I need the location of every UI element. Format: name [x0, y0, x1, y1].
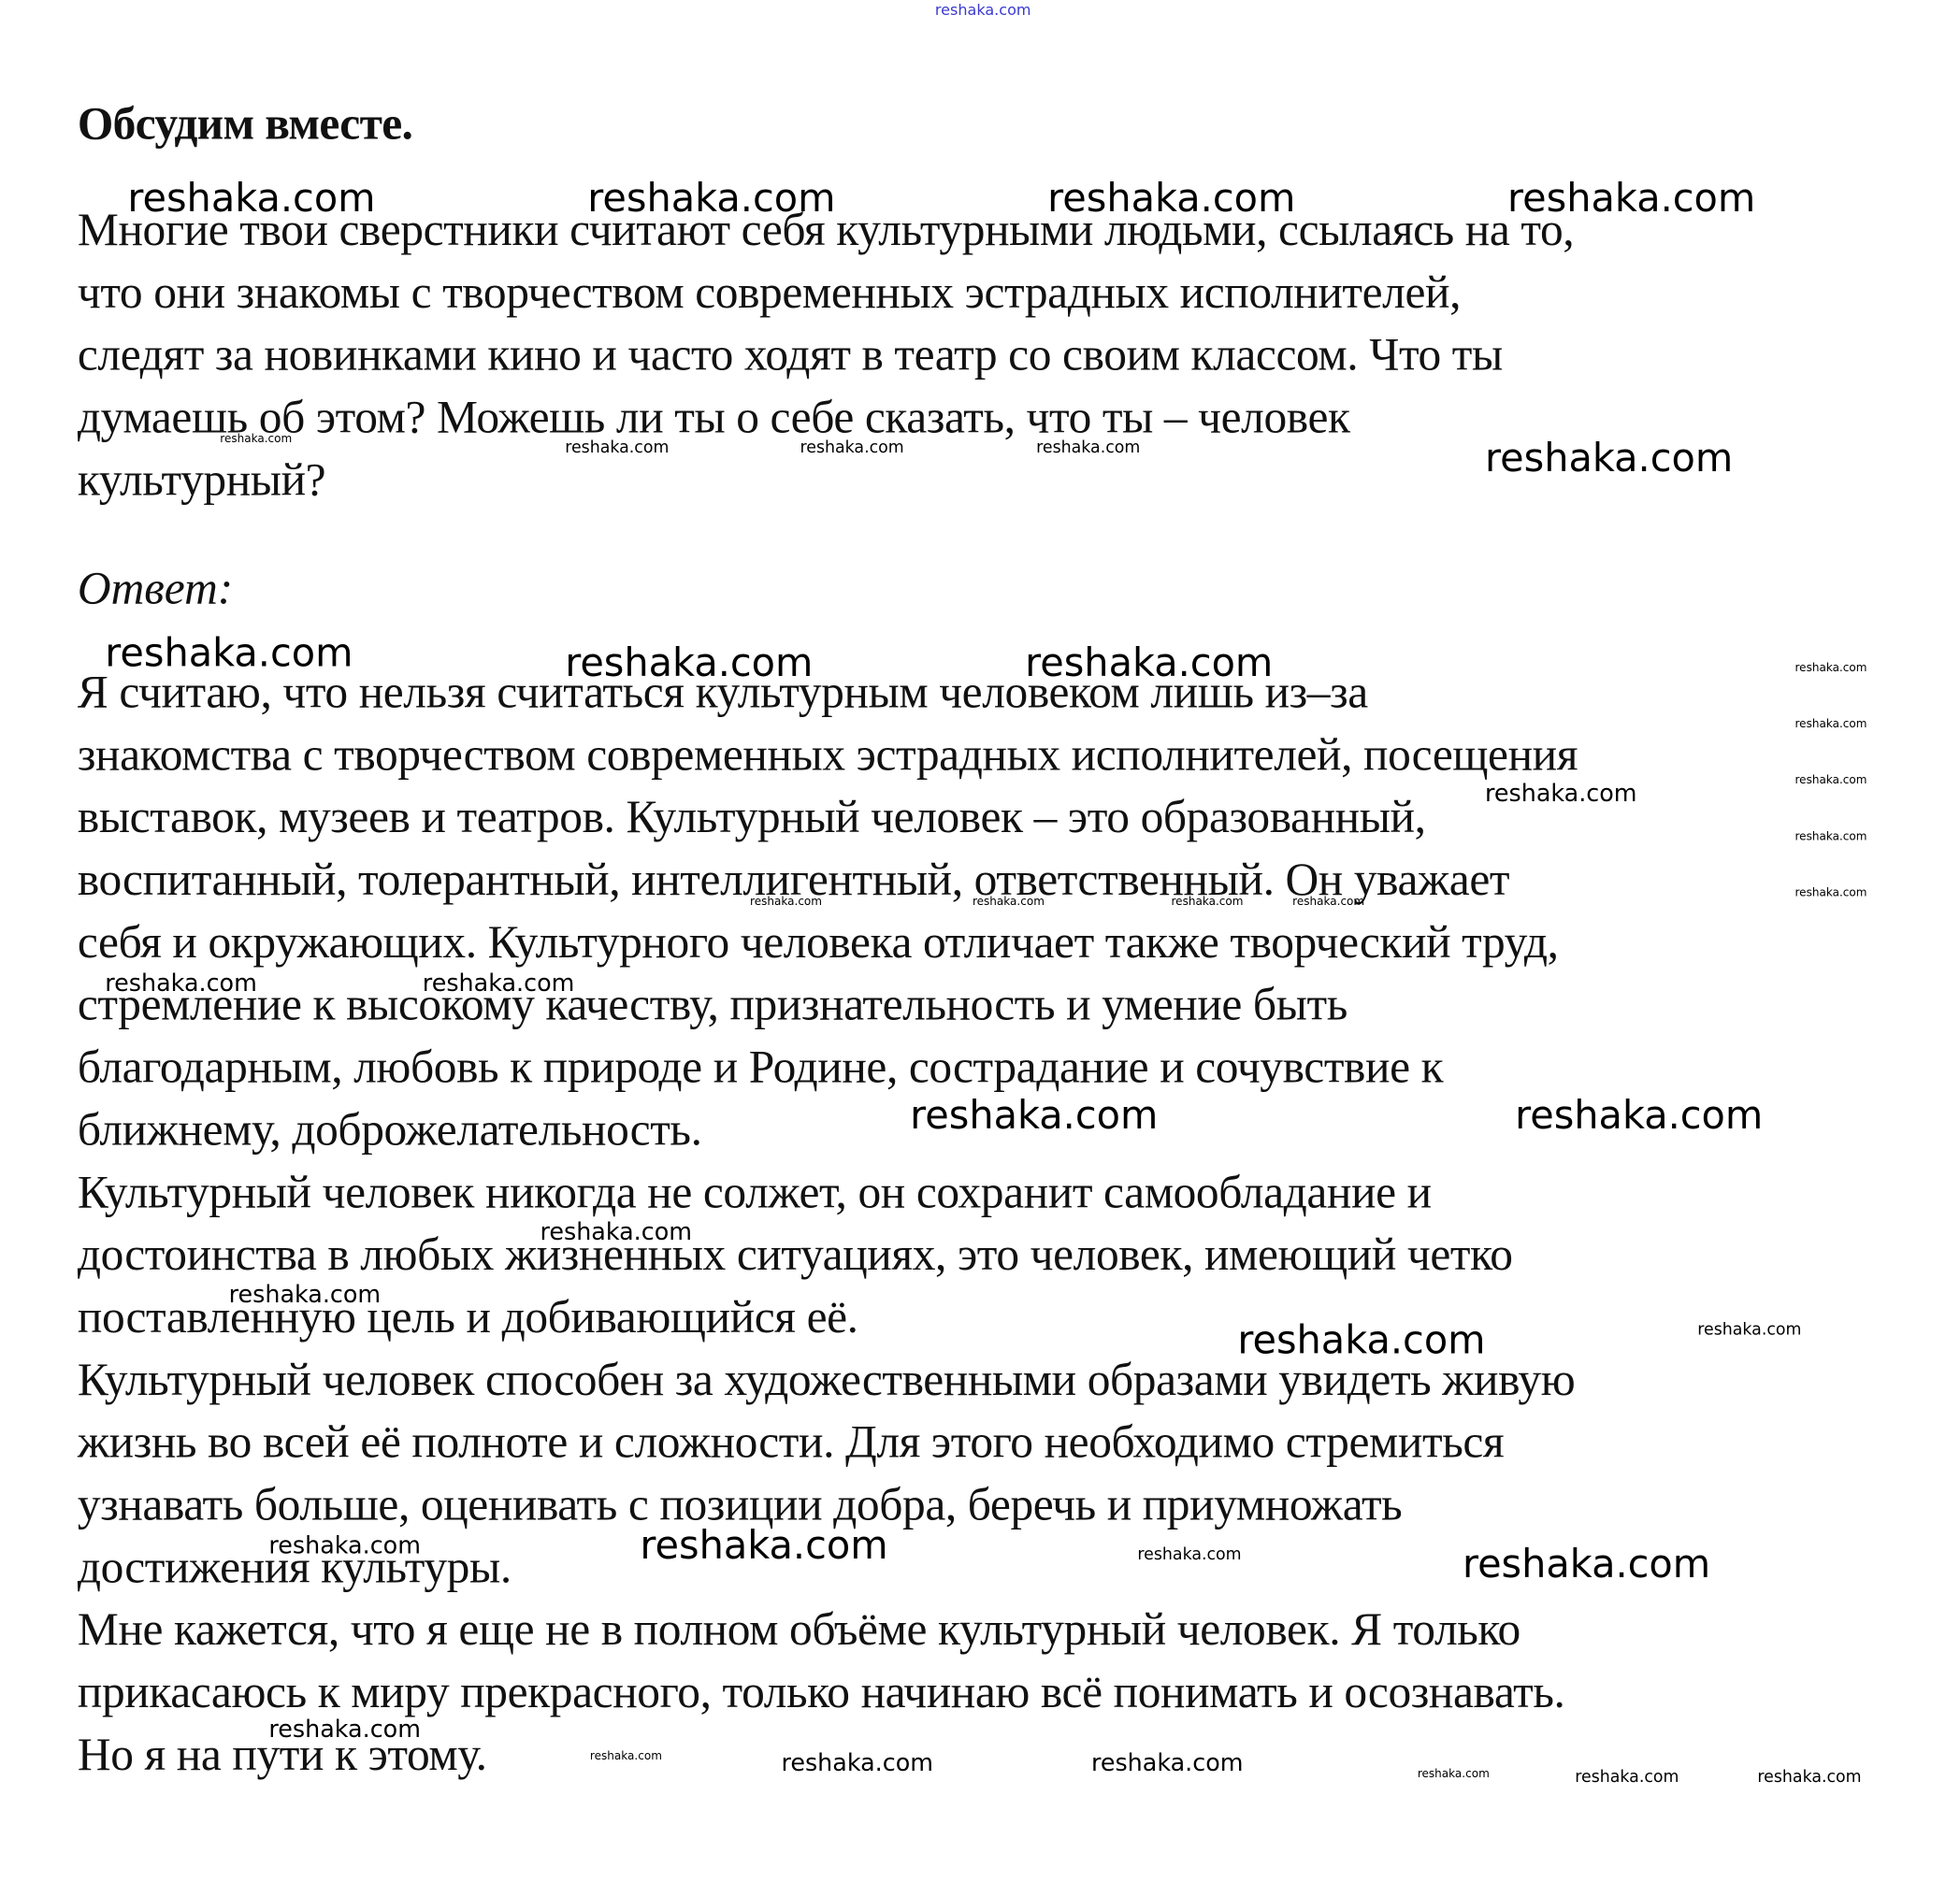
watermark: reshaka.com	[565, 440, 669, 456]
watermark: reshaka.com	[1463, 1545, 1710, 1584]
watermark: reshaka.com	[750, 898, 822, 909]
watermark: reshaka.com	[973, 898, 1045, 909]
question-line: что они знакомы с творчеством современны…	[78, 270, 1461, 316]
watermark: reshaka.com	[587, 180, 835, 218]
watermark: reshaka.com	[220, 435, 292, 446]
watermark: reshaka.com	[1485, 783, 1637, 806]
answer-line: прикасаюсь к миру прекрасного, только на…	[78, 1670, 1565, 1716]
answer-line: достоинства в любых жизненных ситуациях,…	[78, 1232, 1513, 1278]
answer-line: Культурный человек способен за художеств…	[78, 1357, 1575, 1403]
watermark: reshaka.com	[565, 645, 813, 683]
watermark: reshaka.com	[105, 635, 353, 673]
watermark: reshaka.com	[781, 1752, 933, 1775]
watermark: reshaka.com	[1091, 1752, 1244, 1775]
watermark: reshaka.com	[1237, 1322, 1485, 1360]
answer-line: поставленную цель и добивающийся её.	[78, 1295, 858, 1341]
watermark: reshaka.com	[1036, 440, 1140, 456]
watermark: reshaka.com	[1515, 1098, 1763, 1136]
answer-line: стремление к высокому качеству, признате…	[78, 983, 1347, 1028]
answer-line: Культурный человек никогда не солжет, он…	[78, 1170, 1432, 1215]
watermark: reshaka.com	[268, 1718, 421, 1742]
watermark: reshaka.com	[1025, 645, 1273, 683]
document-page: reshaka.com Обсудим вместе. Многие твои …	[0, 0, 1960, 1896]
answer-line: благодарным, любовь к природе и Родине, …	[78, 1044, 1443, 1090]
watermark: reshaka.com	[1137, 1547, 1241, 1563]
watermark: reshaka.com	[1795, 720, 1867, 731]
watermark: reshaka.com	[423, 972, 575, 996]
section-heading: Обсудим вместе.	[78, 97, 412, 151]
question-line: следят за новинками кино и часто ходят в…	[78, 333, 1503, 379]
answer-line: знакомства с творчеством современных эст…	[78, 732, 1578, 778]
watermark: reshaka.com	[1795, 832, 1867, 843]
watermark: reshaka.com	[540, 1221, 692, 1244]
watermark: reshaka.com	[1575, 1770, 1679, 1786]
watermark: reshaka.com	[1292, 898, 1364, 909]
watermark: reshaka.com	[1697, 1322, 1801, 1338]
answer-line: Мне кажется, что я еще не в полном объём…	[78, 1607, 1520, 1653]
watermark: reshaka.com	[1757, 1770, 1861, 1786]
header-watermark: reshaka.com	[935, 3, 1031, 18]
watermark: reshaka.com	[800, 440, 903, 456]
watermark: reshaka.com	[1485, 440, 1733, 479]
watermark: reshaka.com	[1795, 664, 1867, 675]
watermark: reshaka.com	[590, 1752, 662, 1763]
watermark: reshaka.com	[1507, 180, 1755, 218]
answer-label: Ответ:	[78, 563, 233, 616]
answer-line: выставок, музеев и театров. Культурный ч…	[78, 795, 1426, 840]
question-line: культурный?	[78, 457, 325, 503]
watermark: reshaka.com	[1795, 888, 1867, 899]
answer-line: ближнему, доброжелательность.	[78, 1107, 702, 1153]
watermark: reshaka.com	[229, 1284, 382, 1307]
watermark: reshaka.com	[1047, 180, 1295, 218]
watermark: reshaka.com	[105, 972, 257, 996]
answer-line: жизнь во всей её полноте и сложности. Дл…	[78, 1419, 1504, 1465]
watermark: reshaka.com	[268, 1534, 421, 1558]
watermark: reshaka.com	[910, 1098, 1158, 1136]
watermark: reshaka.com	[640, 1527, 887, 1565]
watermark: reshaka.com	[1171, 898, 1243, 909]
watermark: reshaka.com	[1418, 1770, 1490, 1781]
answer-line: себя и окружающих. Культурного человека …	[78, 920, 1559, 966]
watermark: reshaka.com	[1795, 776, 1867, 787]
answer-line: узнавать больше, оценивать с позиции доб…	[78, 1482, 1402, 1528]
watermark: reshaka.com	[127, 180, 375, 218]
